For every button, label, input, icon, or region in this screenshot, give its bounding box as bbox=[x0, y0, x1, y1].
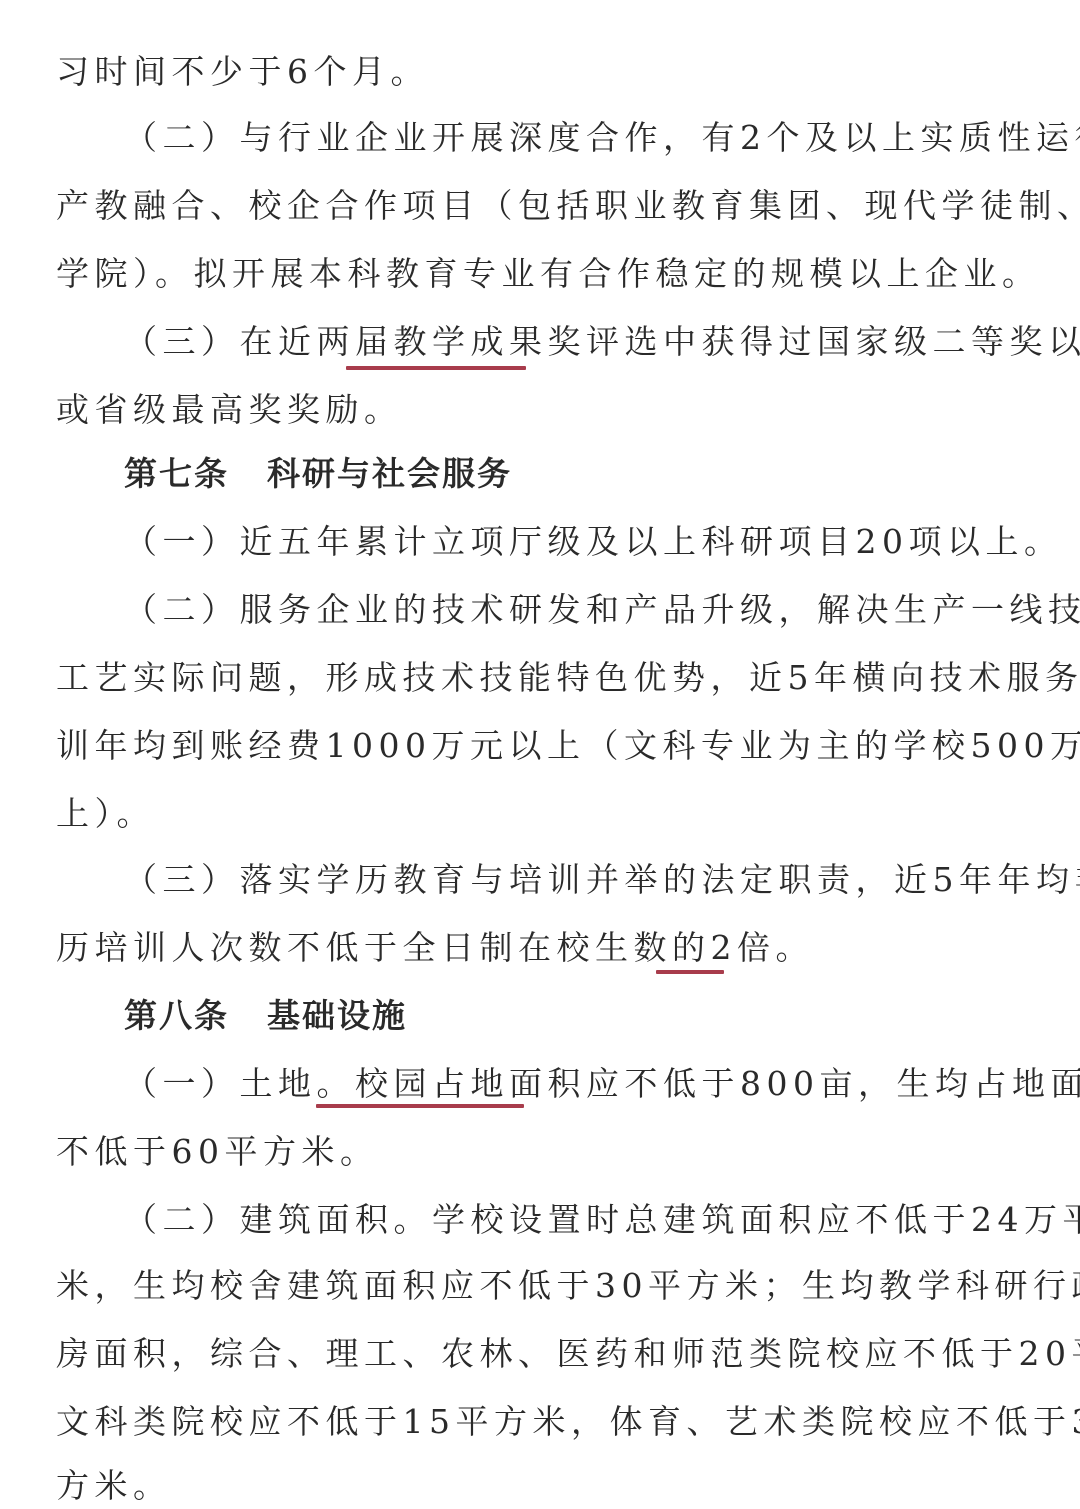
paragraph-line: （三）在近两届教学成果奖评选中获得过国家级二等奖以上 bbox=[124, 322, 1046, 362]
paragraph-line: （二）与行业企业开展深度合作，有2个及以上实质性运行的 bbox=[124, 118, 1046, 158]
paragraph-line: （二）服务企业的技术研发和产品升级，解决生产一线技术或 bbox=[124, 590, 1046, 630]
article-number: 第八条 bbox=[124, 996, 229, 1035]
highlight-underline bbox=[316, 1104, 524, 1108]
section-heading-article-7: 第七条科研与社会服务 bbox=[124, 454, 512, 494]
article-title: 基础设施 bbox=[267, 996, 407, 1035]
paragraph-line: 或省级最高奖奖励。 bbox=[56, 390, 1046, 430]
paragraph-line: （一）土地。校园占地面积应不低于800亩，生均占地面积应 bbox=[124, 1064, 1046, 1104]
paragraph-line: 工艺实际问题，形成技术技能特色优势，近5年横向技术服务与培 bbox=[56, 658, 1046, 698]
paragraph-line: 房面积，综合、理工、农林、医药和师范类院校应不低于20平方米， bbox=[56, 1334, 1046, 1374]
paragraph-line: （一）近五年累计立项厅级及以上科研项目20项以上。 bbox=[124, 522, 1046, 562]
paragraph-line: 文科类院校应不低于15平方米，体育、艺术类院校应不低于30平 bbox=[56, 1402, 1046, 1442]
paragraph-line: 产教融合、校企合作项目（包括职业教育集团、现代学徒制、产业 bbox=[56, 186, 1046, 226]
article-number: 第七条 bbox=[124, 454, 229, 493]
paragraph-line: 学院）。拟开展本科教育专业有合作稳定的规模以上企业。 bbox=[56, 254, 1046, 294]
paragraph-line: 习时间不少于6个月。 bbox=[56, 52, 1046, 92]
paragraph-line: 不低于60平方米。 bbox=[56, 1132, 1046, 1172]
section-heading-article-8: 第八条基础设施 bbox=[124, 996, 407, 1036]
paragraph-line: 方米。 bbox=[56, 1466, 1046, 1506]
article-title: 科研与社会服务 bbox=[267, 454, 512, 493]
paragraph-line: 上）。 bbox=[56, 794, 1046, 834]
paragraph-line: 训年均到账经费1000万元以上（文科专业为主的学校500万元以 bbox=[56, 726, 1046, 766]
paragraph-line: （二）建筑面积。学校设置时总建筑面积应不低于24万平方 bbox=[124, 1200, 1046, 1240]
highlight-underline bbox=[346, 366, 526, 370]
paragraph-line: （三）落实学历教育与培训并举的法定职责，近5年年均非学 bbox=[124, 860, 1046, 900]
highlight-underline bbox=[656, 970, 724, 974]
paragraph-line: 米，生均校舍建筑面积应不低于30平方米；生均教学科研行政用 bbox=[56, 1266, 1046, 1306]
paragraph-line: 历培训人次数不低于全日制在校生数的2倍。 bbox=[56, 928, 1046, 968]
